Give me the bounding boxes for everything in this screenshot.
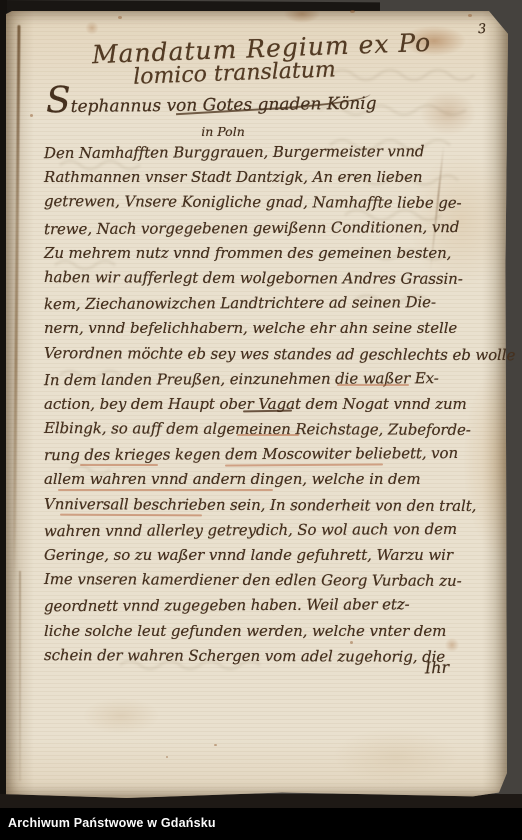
catchword: Ihr (392, 656, 483, 678)
archive-footer-bar: Archiwum Państwowe w Gdańsku (0, 808, 522, 840)
manuscript-line: Ime vnseren kamerdiener den edlen Georg … (44, 567, 480, 594)
binding-edge-left (0, 0, 7, 808)
manuscript-line: Zu mehrem nutz vnnd frommen des gemeinen… (44, 241, 480, 266)
manuscript-line: geordnett vnnd zugegeben haben. Weil abe… (44, 592, 480, 619)
red-underline (237, 434, 299, 436)
manuscript-line: trewe, Nach vorgegebenen gewißenn Condit… (44, 214, 480, 241)
foxing-speck (214, 744, 217, 746)
manuscript-line: nern, vnnd befelichhabern, welche ehr ah… (44, 316, 480, 341)
red-underline (337, 384, 409, 386)
red-underline (58, 489, 273, 491)
foxing-speck (118, 16, 122, 19)
foxing-speck (468, 14, 472, 17)
manuscript-line: Geringe, so zu waßer vnnd lande gefuhret… (44, 543, 480, 568)
gutter-crease (13, 25, 21, 585)
red-underline (80, 464, 158, 466)
foxing-speck (350, 10, 355, 13)
manuscript-line: In dem landen Preußen, einzunehmen die w… (44, 366, 480, 393)
manuscript-line: action, bey dem Haupt ober Vagat dem Nog… (44, 392, 480, 417)
manuscript-line: wahren vnnd allerley getreydich, So wol … (44, 517, 480, 544)
manuscript-body: Den Namhafften Burggrauen, Burgermeister… (44, 140, 480, 669)
manuscript-line: Elbingk, so auff dem algemeinen Reichsta… (44, 416, 480, 443)
salutation-interline: in Poln (148, 124, 298, 139)
archive-scan-viewer: 3 Mandatum Regium ex Po lomico translatu… (0, 0, 522, 840)
foxing-speck (30, 114, 33, 117)
gutter-crease-lower (19, 571, 21, 781)
salutation-line: Stephannus von Gotes gnaden König (46, 92, 466, 117)
manuscript-line: getrewen, Vnsere Konigliche gnad, Namhaf… (44, 189, 480, 216)
manuscript-line: Verordnen möchte eb sey wes standes ad g… (44, 341, 480, 368)
manuscript-line: liche solche leut gefunden werden, welch… (44, 619, 480, 644)
manuscript-line: Rathmannen vnser Stadt Dantzigk, An eren… (44, 165, 480, 190)
manuscript-line: haben wir aufferlegt dem wolgebornen And… (44, 265, 480, 292)
foxing-speck (166, 756, 168, 758)
manuscript-line: kem, Ziechanowizchen Landtrichtere ad se… (44, 290, 480, 317)
manuscript-line: Den Namhafften Burggrauen, Burgermeister… (44, 139, 480, 166)
folio-number: 3 (477, 22, 486, 38)
archive-name-label: Archiwum Państwowe w Gdańsku (8, 808, 216, 840)
